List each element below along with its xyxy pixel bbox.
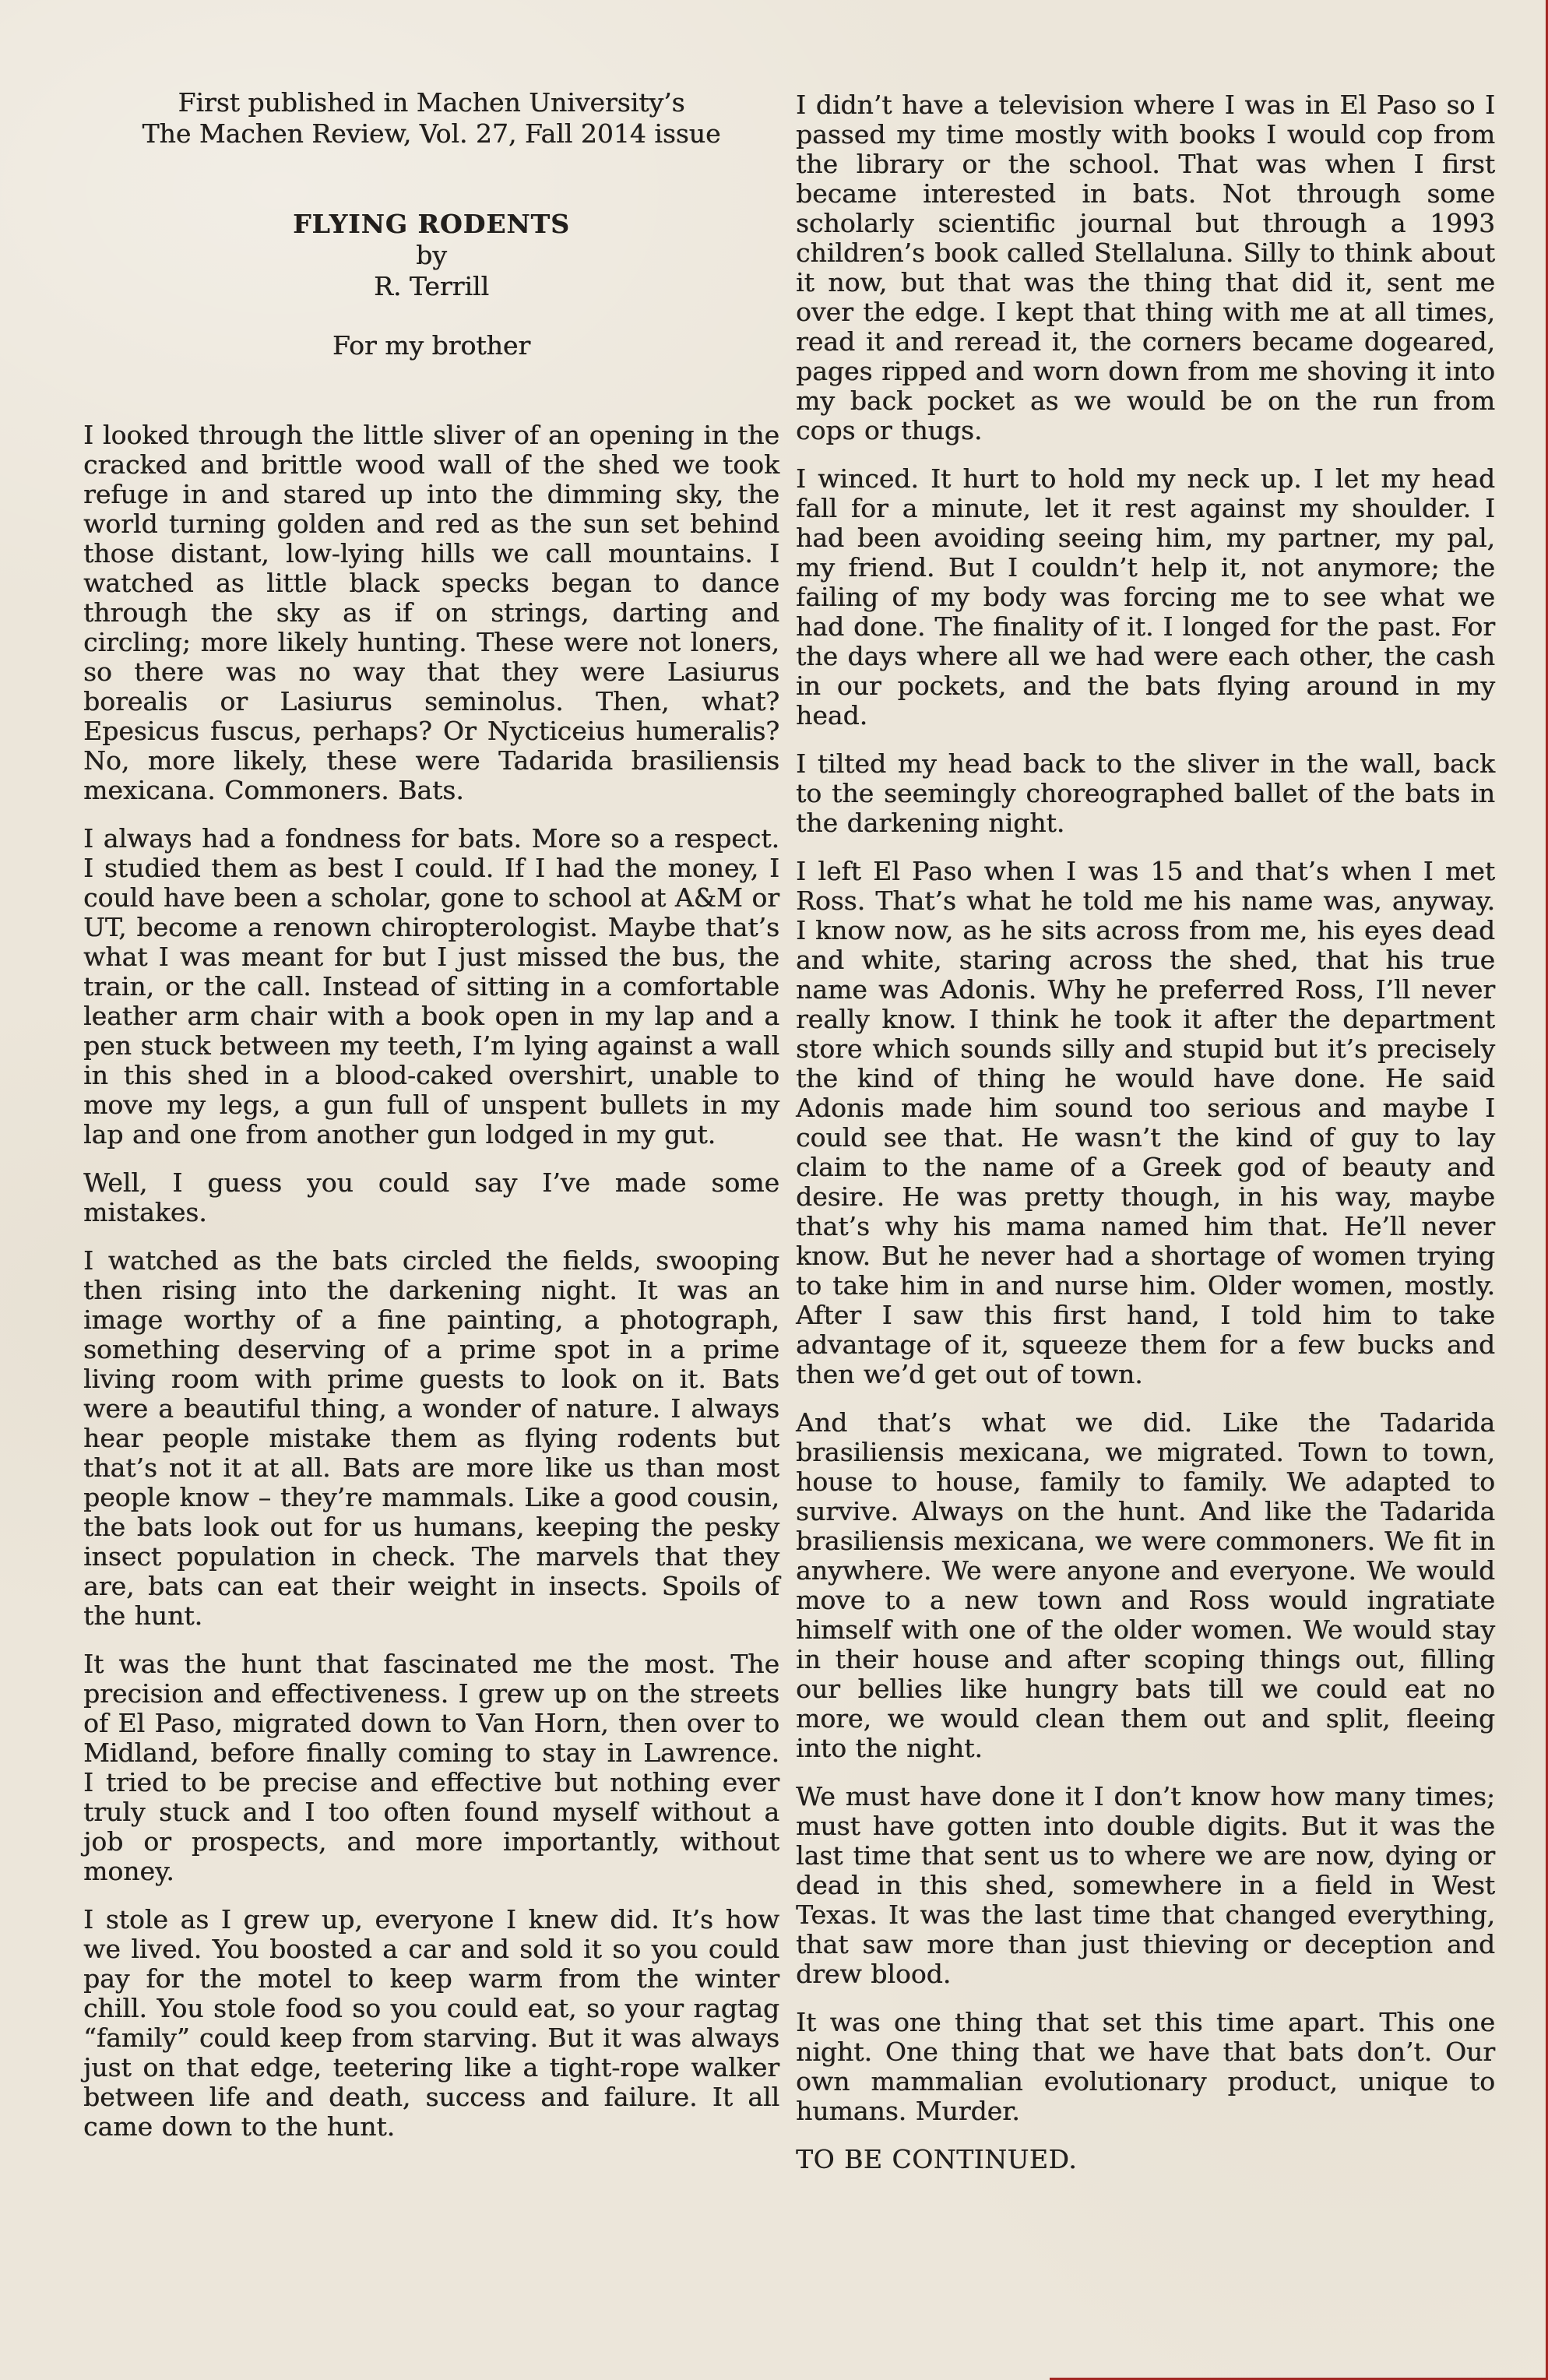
story-paragraph: It was one thing that set this time apar… xyxy=(796,2008,1495,2126)
publication-note-line: The Machen Review, Vol. 27, Fall 2014 is… xyxy=(83,118,779,150)
story-paragraph: It was the hunt that fascinated me the m… xyxy=(83,1649,779,1886)
story-paragraph: Well, I guess you could say I’ve made so… xyxy=(83,1168,779,1227)
story-paragraph: I watched as the bats circled the fields… xyxy=(83,1246,779,1631)
story-paragraph: I didn’t have a television where I was i… xyxy=(796,90,1495,445)
publication-note: First published in Machen University’s T… xyxy=(83,87,779,150)
to-be-continued: TO BE CONTINUED. xyxy=(796,2145,1495,2174)
story-paragraph: And that’s what we did. Like the Tadarid… xyxy=(796,1408,1495,1763)
story-page: First published in Machen University’s T… xyxy=(0,0,1548,2380)
left-column: First published in Machen University’s T… xyxy=(83,0,779,2160)
story-paragraph: We must have done it I don’t know how ma… xyxy=(796,1782,1495,1989)
right-column: I didn’t have a television where I was i… xyxy=(796,0,1495,2193)
story-title: FLYING RODENTS xyxy=(83,209,779,240)
title-block: FLYING RODENTS by R. Terrill xyxy=(83,209,779,302)
story-paragraph: I winced. It hurt to hold my neck up. I … xyxy=(796,464,1495,731)
story-paragraph: I tilted my head back to the sliver in t… xyxy=(796,749,1495,838)
author-name: R. Terrill xyxy=(83,271,779,302)
story-paragraph: I always had a fondness for bats. More s… xyxy=(83,824,779,1150)
story-paragraph: I stole as I grew up, everyone I knew di… xyxy=(83,1905,779,2142)
story-paragraph: I left El Paso when I was 15 and that’s … xyxy=(796,857,1495,1389)
publication-note-line: First published in Machen University’s xyxy=(83,87,779,118)
dedication: For my brother xyxy=(83,330,779,361)
story-paragraph: I looked through the little sliver of an… xyxy=(83,421,779,805)
byline-prefix: by xyxy=(83,240,779,271)
